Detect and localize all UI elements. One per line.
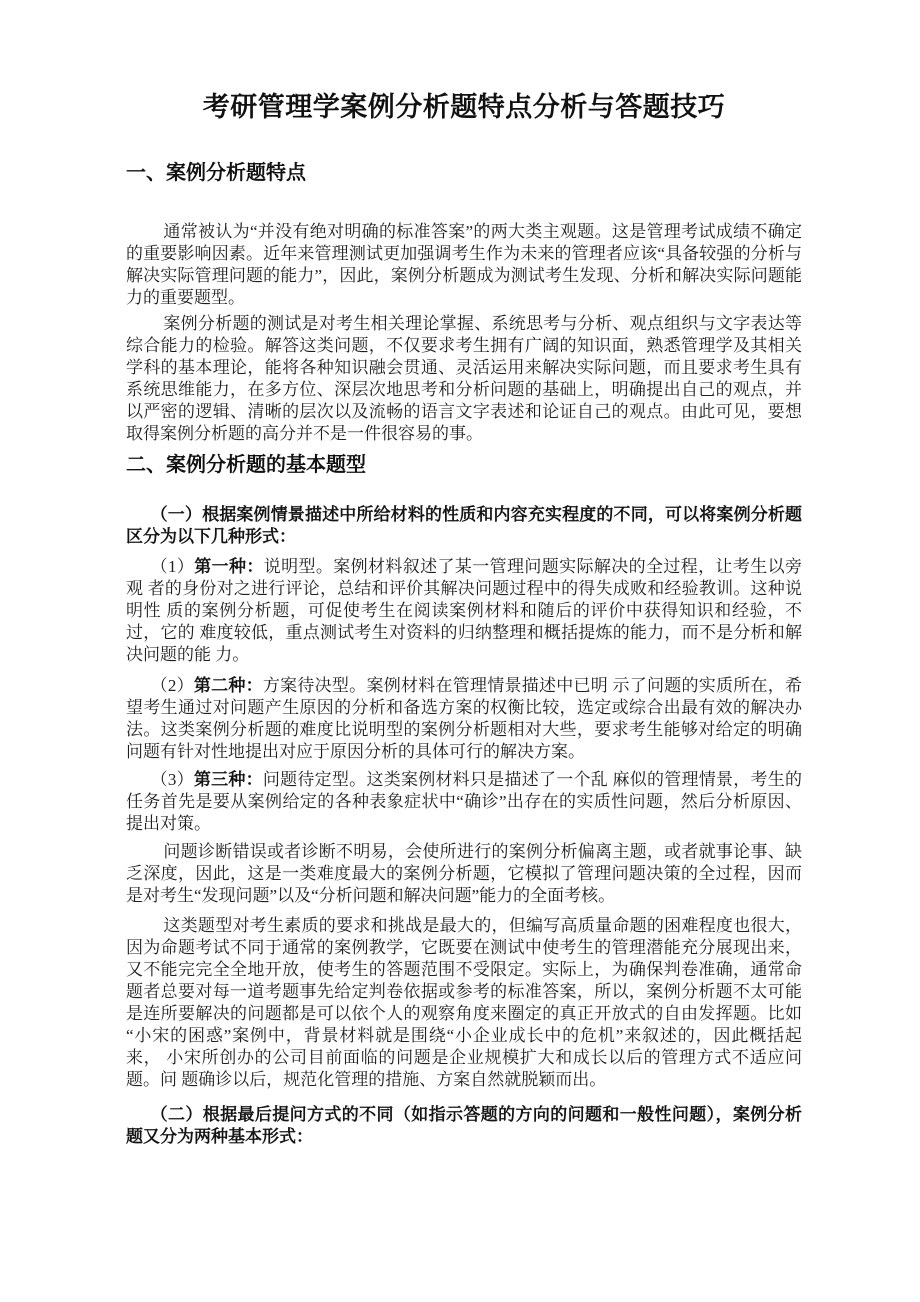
case-type-1-label: 第一种：	[194, 557, 264, 576]
section-1-heading: 一、案例分析题特点	[126, 162, 802, 184]
paragraph-overview: 通常被认为“并没有绝对明确的标准答案”的两大类主观题。这是管理考试成绩不确定 的…	[126, 221, 802, 309]
case-type-3: （3）第三种：问题待定型。这类案例材料只是描述了一个乱 麻似的管理情景，考生的任…	[126, 769, 802, 835]
case-type-3-number: （3）	[151, 770, 194, 789]
case-type-3-label: 第三种：	[194, 770, 263, 789]
document-content: 考研管理学案例分析题特点分析与答题技巧 一、案例分析题特点 通常被认为“并没有绝…	[126, 0, 802, 1148]
paragraph-question-design: 这类题型对考生素质的要求和挑战是最大的，但编写高质量命题的困难程度也很大，因为命…	[126, 915, 802, 1091]
document-title: 考研管理学案例分析题特点分析与答题技巧	[126, 0, 802, 126]
case-type-1-number: （1）	[151, 557, 195, 576]
classification-1-intro: （一）根据案例情景描述中所给材料的性质和内容充实程度的不同，可以将案例分析题区分…	[126, 504, 802, 548]
paragraph-test-abilities: 案例分析题的测试是对考生相关理论掌握、系统思考与分析、观点组织与文字表达等综合能…	[126, 313, 802, 445]
case-type-2: （2）第二种：方案待决型。案例材料在管理情景描述中已明 示了问题的实质所在，希望…	[126, 675, 802, 763]
document-page: 考研管理学案例分析题特点分析与答题技巧 一、案例分析题特点 通常被认为“并没有绝…	[0, 0, 920, 1302]
paragraph-diagnosis-difficulty: 问题诊断错误或者诊断不明易，会使所进行的案例分析偏离主题，或者就事论事、缺乏深度…	[126, 841, 802, 907]
classification-2-intro: （二）根据最后提问方式的不同（如指示答题的方向的问题和一般性问题），案例分析题又…	[126, 1104, 802, 1148]
section-2-heading: 二、案例分析题的基本题型	[126, 454, 802, 476]
case-type-2-number: （2）	[151, 676, 194, 695]
case-type-2-label: 第二种：	[194, 676, 263, 695]
case-type-1: （1）第一种：说明型。案例材料叙述了某一管理问题实际解决的全过程，让考生以旁观 …	[126, 556, 802, 666]
